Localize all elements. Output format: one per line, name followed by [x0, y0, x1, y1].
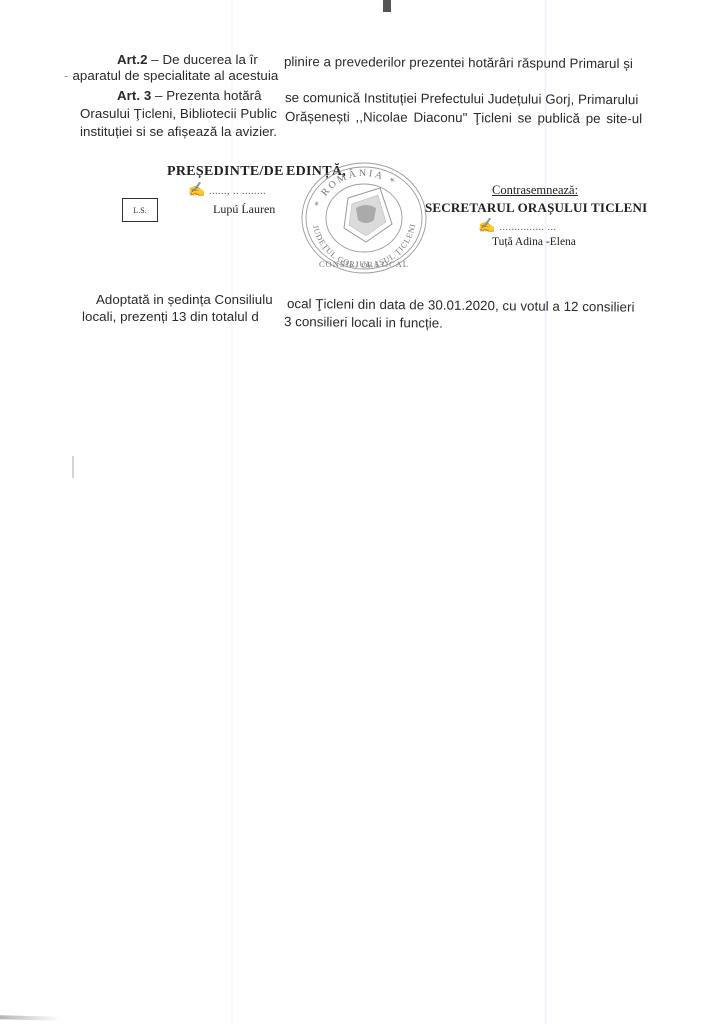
art3-line3: instituției si se afișează la avizier.	[80, 124, 277, 139]
scan-artifact-top	[383, 0, 391, 12]
art3-line1-right: se comunică Instituției Prefectului Jude…	[285, 90, 638, 107]
margin-mark	[72, 456, 74, 478]
art2-line2-text: aparatul de specialitate al acestuia	[72, 68, 278, 83]
seal-placeholder-box: L.S.	[122, 198, 158, 222]
official-stamp: * ROMÂNIA * JUDEȚUL GORJ ORAȘUL ȚICLENI …	[296, 158, 432, 276]
countersign-label: Contrasemnează:	[492, 183, 578, 198]
president-signature-line: ✍ ......, .. ........	[188, 182, 266, 199]
art2-line1-right: plinire a prevederilor prezentei hotărâr…	[284, 54, 633, 71]
scan-smudge	[0, 1015, 60, 1021]
art3-line2-right: Orășenești ,,Nicolae Diaconu" Ţicleni se…	[285, 109, 642, 126]
president-title-left: PREȘEDINTE/DE	[167, 164, 284, 180]
scan-streak-faint	[231, 0, 233, 1024]
svg-text:CONSILIUL LOCAL: CONSILIUL LOCAL	[319, 259, 409, 269]
adoption-line2-right: 3 consilieri locali in funcție.	[284, 314, 443, 331]
stray-mark: -	[64, 68, 68, 83]
adoption-line1-left: Adoptată in ședința Consiliulu	[96, 292, 273, 307]
secretary-title: SECRETARUL ORAȘULUI TICLENI	[425, 200, 647, 216]
art2-line2-left: -aparatul de specialitate al acestuia	[64, 68, 278, 83]
pen-icon: ✍	[188, 183, 205, 198]
scan-streak	[544, 0, 547, 1024]
art3-line1-left: Art. 3 – Prezenta hotărâ	[117, 88, 262, 103]
pen-icon: ✍	[478, 219, 495, 234]
president-name: Lupú Ĺauren	[213, 202, 275, 217]
art2-text-left: – De ducerea la îr	[148, 52, 258, 67]
signature-dots: ......, .. ........	[209, 186, 266, 197]
signature-dots: ............... ...	[499, 222, 556, 233]
art2-line1-left: Art.2 – De ducerea la îr	[117, 52, 258, 67]
secretary-signature-line: ✍ ............... ...	[478, 217, 556, 235]
art3-label: Art. 3	[117, 88, 151, 103]
stamp-icon: * ROMÂNIA * JUDEȚUL GORJ ORAȘUL ȚICLENI …	[296, 158, 432, 276]
art2-label: Art.2	[117, 52, 148, 67]
adoption-line2-left: locali, prezenți 13 din totalul d	[82, 309, 259, 324]
art3-line2-left: Orasului Ţicleni, Bibliotecii Public	[80, 106, 277, 121]
art3-text-left: – Prezenta hotărâ	[151, 88, 261, 103]
adoption-line1-right: ocal Ţicleni din data de 30.01.2020, cu …	[287, 296, 635, 315]
secretary-name: Tuță Adina -Elena	[492, 236, 576, 248]
